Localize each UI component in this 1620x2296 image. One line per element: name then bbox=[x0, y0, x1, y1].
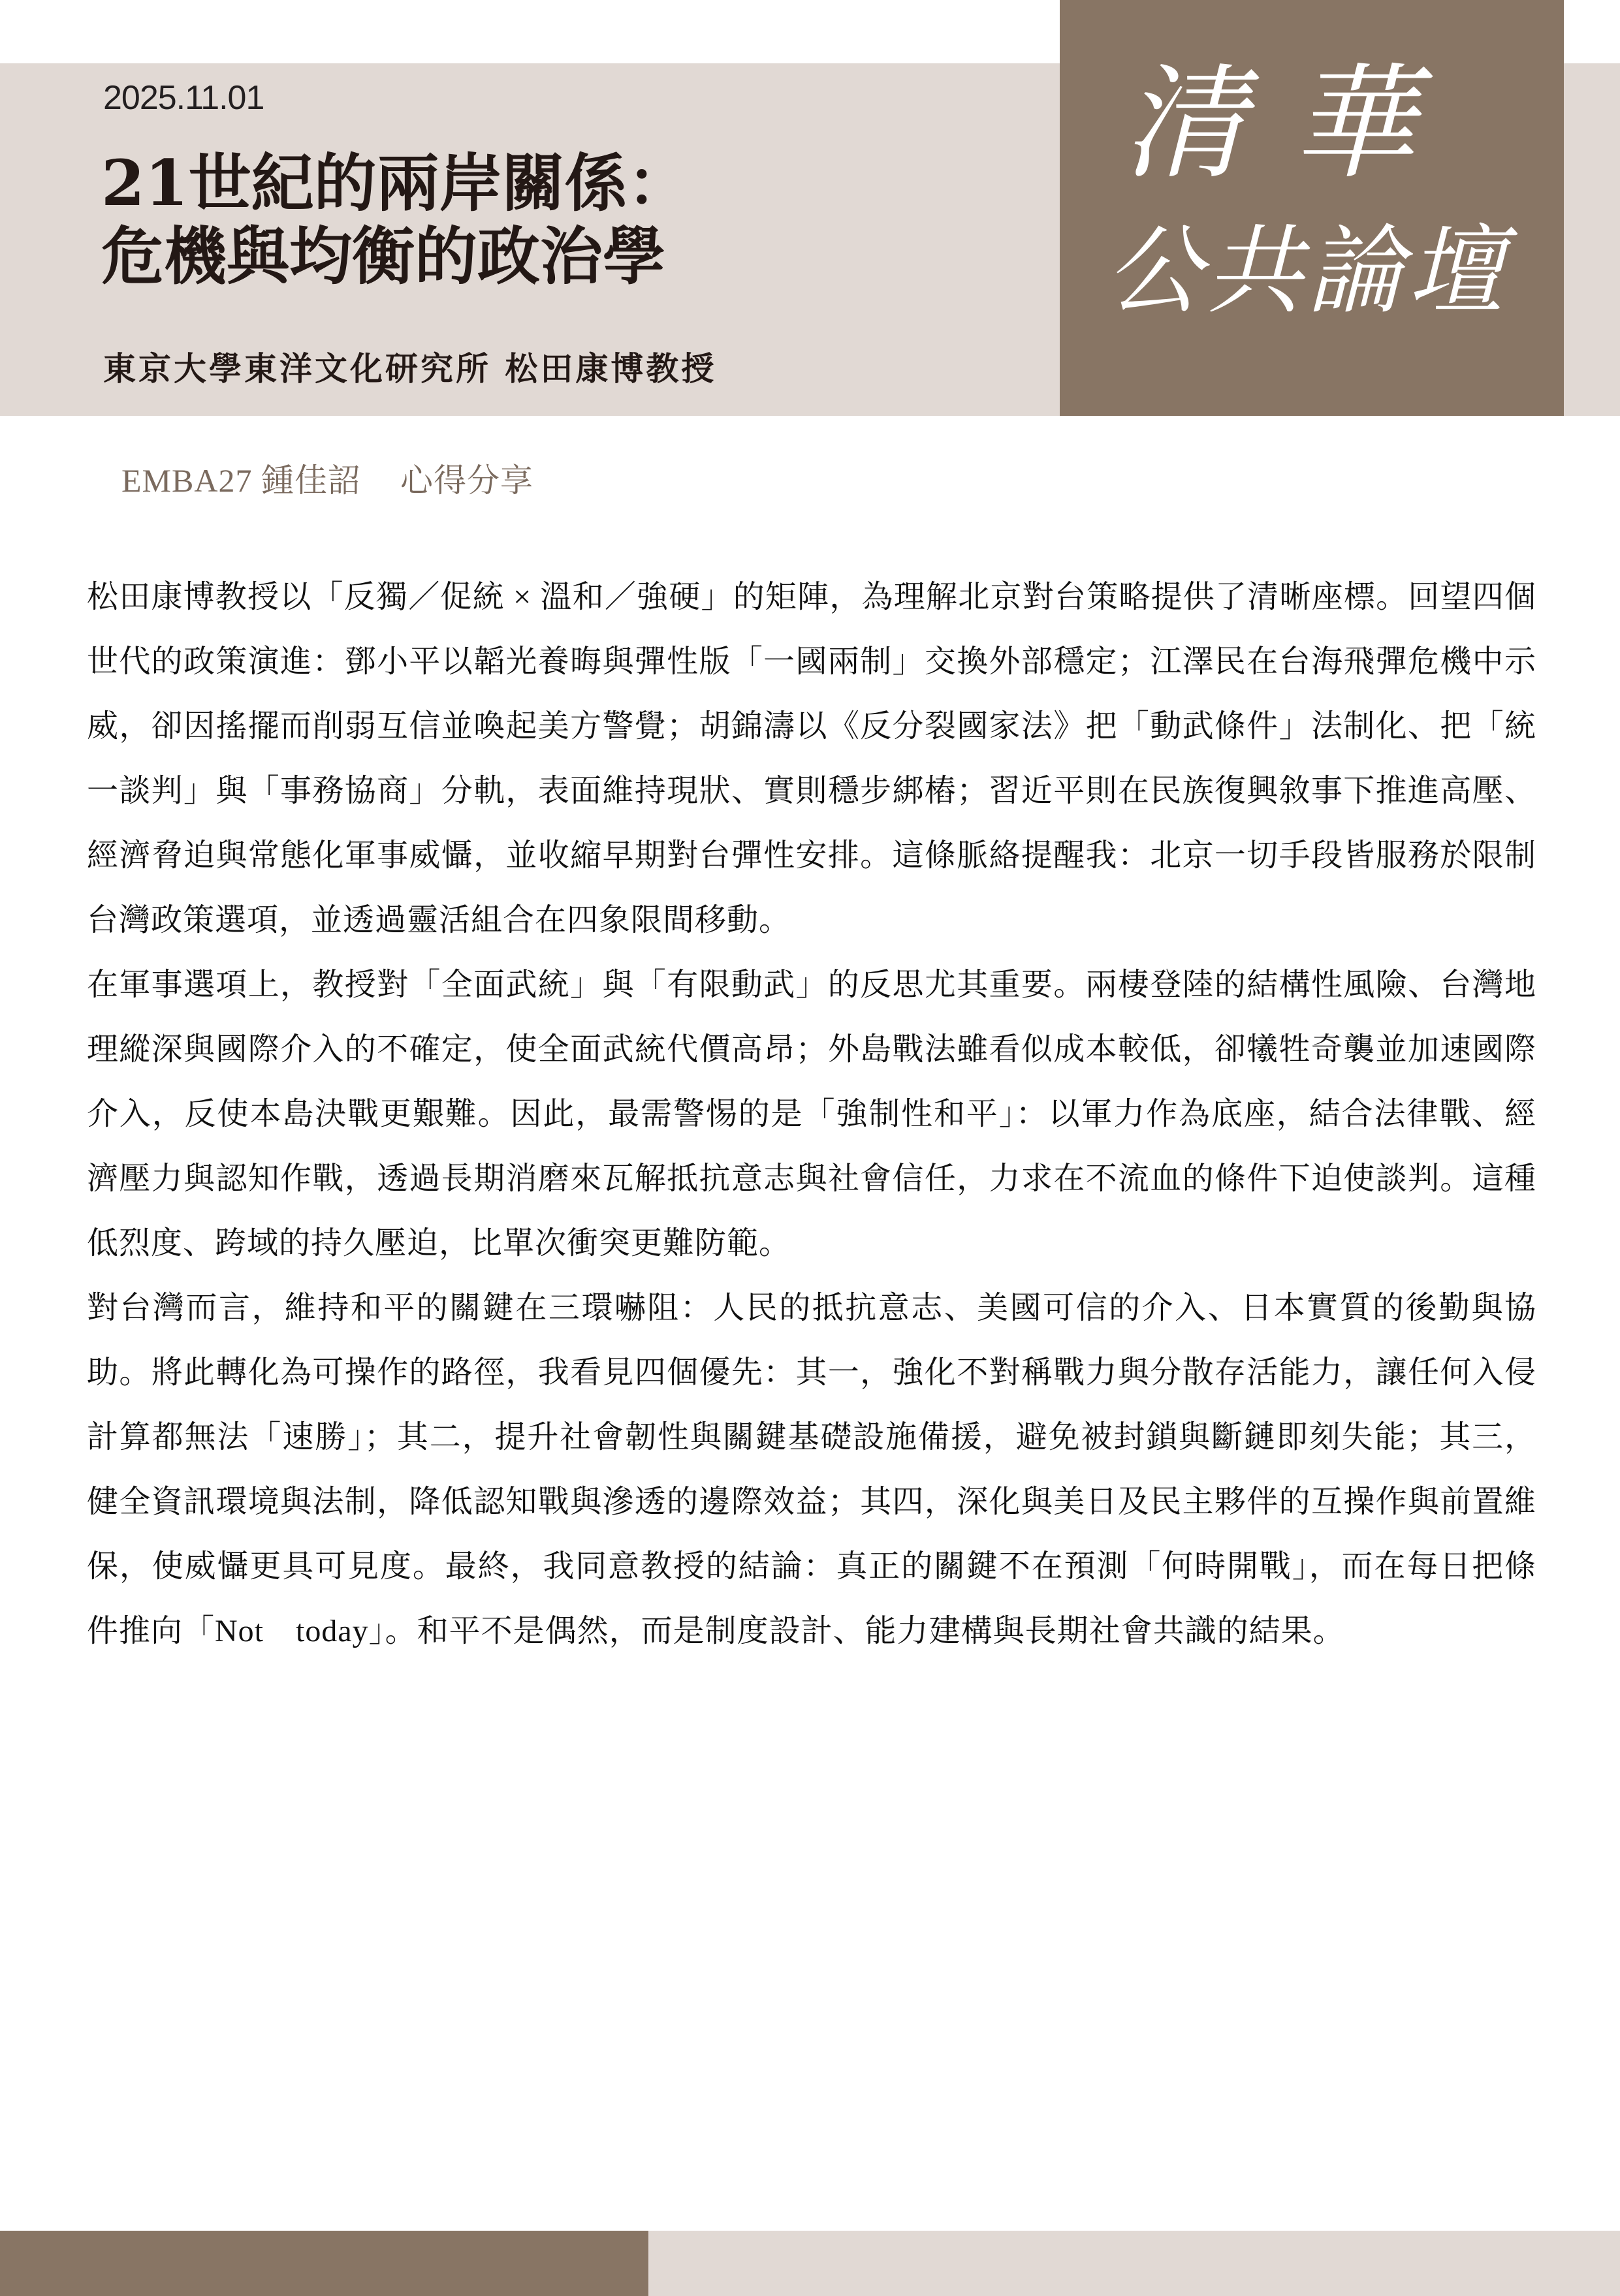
author-program: EMBA27 鍾佳詔 bbox=[121, 462, 361, 499]
reflection-label: 心得分享 bbox=[400, 462, 533, 499]
event-date: 2025.11.01 bbox=[103, 78, 264, 118]
footer-bar-dark bbox=[0, 2231, 648, 2296]
page-title: 21世紀的兩岸關係： 危機與均衡的政治學 bbox=[101, 147, 1048, 293]
speaker-affiliation: 東京大學東洋文化研究所 松田康博教授 bbox=[103, 343, 716, 390]
logo-text-public-forum: 公共論壇 bbox=[1105, 215, 1563, 326]
paragraph-2: 在軍事選項上，教授對「全面武統」與「有限動武」的反思尤其重要。兩棲登陸的結構性風… bbox=[87, 952, 1536, 1276]
author-subtitle: EMBA27 鍾佳詔心得分享 bbox=[121, 454, 533, 501]
footer-bar-light bbox=[648, 2231, 1620, 2296]
logo-text-tsinghua: 清華 bbox=[1122, 52, 1514, 196]
title-line-1: 21世紀的兩岸關係： bbox=[101, 147, 1048, 220]
paragraph-1: 松田康博教授以「反獨／促統 × 溫和／強硬」的矩陣，為理解北京對台策略提供了清晰… bbox=[87, 565, 1536, 952]
title-line-2: 危機與均衡的政治學 bbox=[101, 220, 1048, 293]
paragraph-3: 對台灣而言，維持和平的關鍵在三環嚇阻：人民的抵抗意志、美國可信的介入、日本實質的… bbox=[87, 1276, 1536, 1663]
forum-logo-box: 清華 公共論壇 bbox=[1060, 0, 1564, 416]
article-body: 松田康博教授以「反獨／促統 × 溫和／強硬」的矩陣，為理解北京對台策略提供了清晰… bbox=[87, 565, 1536, 1663]
